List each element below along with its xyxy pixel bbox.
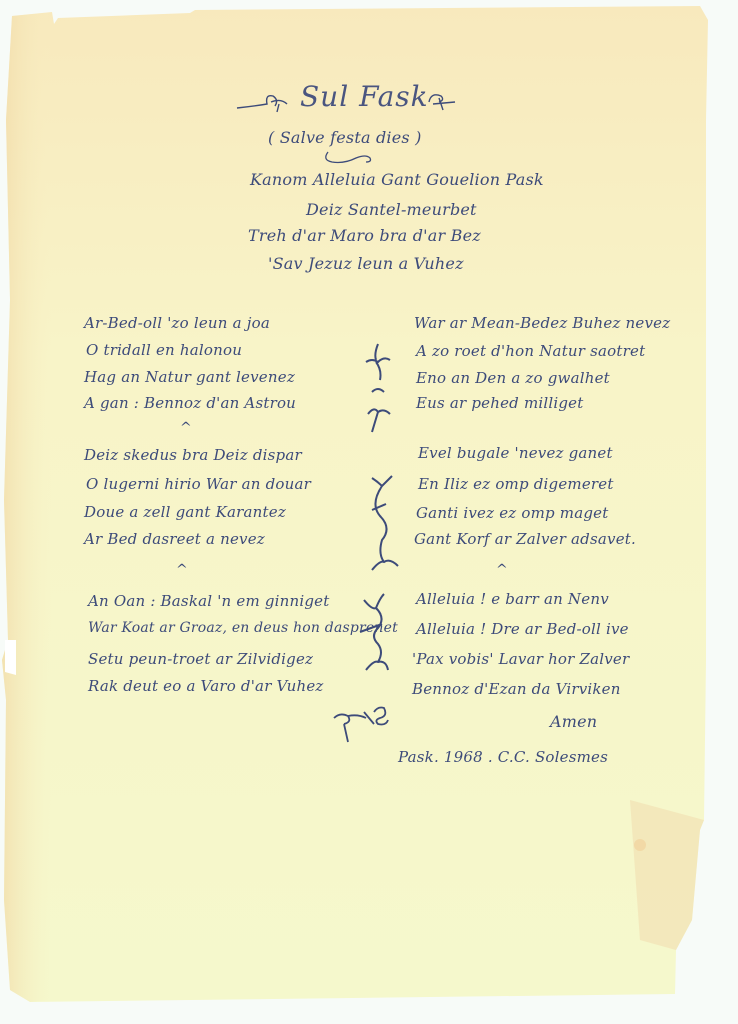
signature-date: Pask. 1968 . C.C. Solesmes (398, 748, 608, 766)
stanza-separator: ^ (180, 420, 192, 436)
left-stanza-2-line-2: O lugerni hirio War an douar (86, 475, 311, 493)
right-stanza-2-line-2: En Iliz ez omp digemeret (418, 475, 614, 493)
left-stanza-2-line-1: Deiz skedus bra Deiz dispar (84, 446, 302, 464)
right-stanza-2-line-4: Gant Korf ar Zalver adsavet. (414, 530, 636, 548)
left-stanza-1-line-4: A gan : Bennoz d'an Astrou (84, 394, 296, 412)
title-left-flourish-icon (235, 88, 299, 114)
stanza-separator: ^ (496, 562, 508, 578)
left-stanza-2-line-4: Ar Bed dasreet a nevez (84, 530, 265, 548)
paper-sheet: Sul Fask ( Salve festa dies ) Kanom Alle… (0, 0, 738, 1024)
intro-line-1: Kanom Alleluia Gant Gouelion Pask (250, 170, 544, 189)
right-stanza-1-line-3: Eno an Den a zo gwalhet (416, 369, 610, 387)
right-stanza-3-line-1: Alleluia ! e barr an Nenv (416, 590, 609, 608)
center-sprig-ornament-icon (356, 340, 396, 440)
right-stanza-3-line-2: Alleluia ! Dre ar Bed-oll ive (416, 620, 629, 638)
bottom-flourish-ornament-icon (330, 702, 396, 746)
left-stanza-3-line-1: An Oan : Baskal 'n em ginniget (88, 592, 329, 610)
intro-line-3: Treh d'ar Maro bra d'ar Bez (248, 226, 481, 245)
left-stanza-1-line-3: Hag an Natur gant levenez (84, 368, 295, 386)
left-stanza-2-line-3: Doue a zell gant Karantez (84, 503, 286, 521)
right-stanza-1-line-4: Eus ar pehed milliget (416, 394, 583, 412)
right-stanza-1-line-1: War ar Mean-Bedez Buhez nevez (414, 314, 670, 332)
left-stanza-3-line-3: Setu peun-troet ar Zilvidigez (88, 650, 313, 668)
left-stanza-3-line-2: War Koat ar Groaz, en deus hon dasprenet (88, 620, 398, 636)
right-stanza-2-line-1: Evel bugale 'nevez ganet (418, 444, 613, 462)
right-stanza-3-line-4: Bennoz d'Ezan da Virviken (412, 680, 621, 698)
center-vine-ornament-2-icon (356, 588, 396, 678)
left-stanza-3-line-4: Rak deut eo a Varo d'ar Vuhez (88, 677, 324, 695)
right-stanza-2-line-3: Ganti ivez ez omp maget (416, 504, 608, 522)
left-stanza-1-line-1: Ar-Bed-oll 'zo leun a joa (84, 314, 270, 332)
right-stanza-3-line-3: 'Pax vobis' Lavar hor Zalver (412, 650, 629, 668)
subtitle-underline-flourish-icon (320, 148, 380, 168)
intro-line-4: 'Sav Jezuz leun a Vuhez (268, 254, 464, 273)
poem-subtitle: ( Salve festa dies ) (268, 128, 422, 147)
left-stanza-1-line-2: O tridall en halonou (86, 341, 242, 359)
stanza-separator: ^ (176, 562, 188, 578)
center-vine-ornament-icon (364, 470, 404, 580)
closing-amen: Amen (550, 712, 597, 731)
poem-title: Sul Fask (300, 80, 429, 113)
title-right-flourish-icon (425, 88, 465, 114)
intro-line-2: Deiz Santel-meurbet (306, 200, 477, 219)
right-stanza-1-line-2: A zo roet d'hon Natur saotret (416, 342, 645, 360)
